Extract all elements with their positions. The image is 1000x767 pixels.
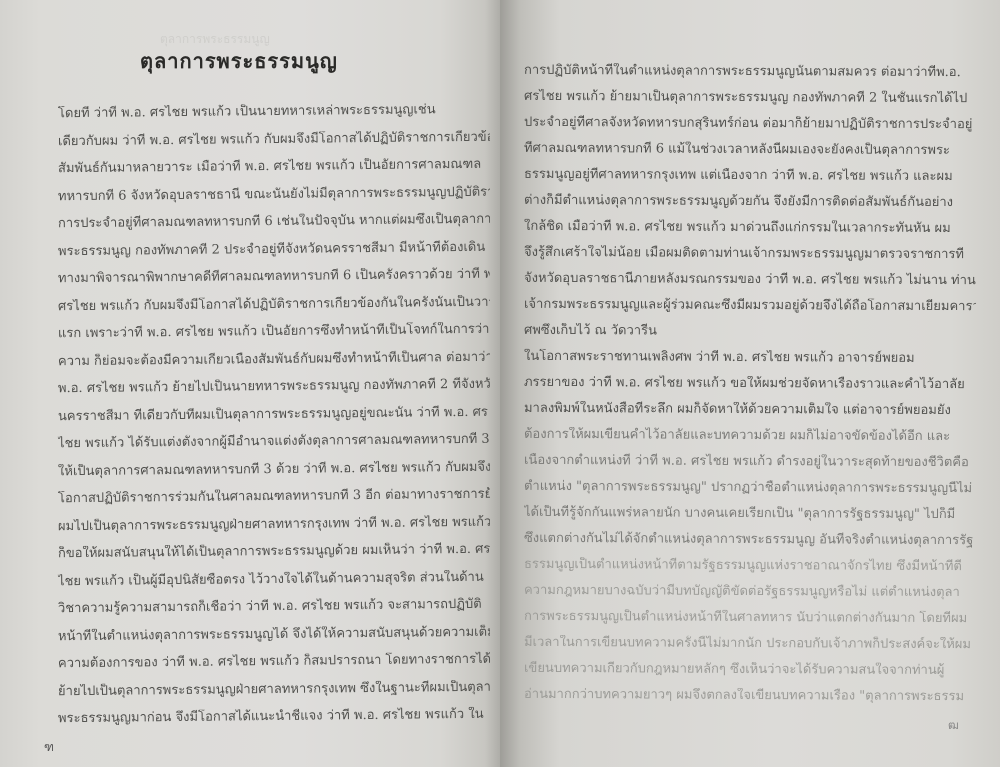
chapter-title: ตุลาการพระธรรมนูญ	[140, 45, 400, 77]
text-line: ผมไปเป็นตุลาการพระธรรมนูญฝ่ายศาลทหารกรุง…	[58, 514, 490, 535]
text-line: เนื่องจากตำแหน่งที่ ว่าที่ พ.อ. ศรไชย พร…	[524, 453, 976, 471]
text-line: ซึ่งแตกต่างกันไม่ได้จักตำแหน่งตุลาการพระ…	[524, 531, 976, 549]
text-line: การพระธรรมนูญเป็นตำแหน่งหน้าที่ในศาลทหาร…	[524, 609, 976, 627]
text-line: ไชย พรแก้ว ได้รับแต่งตั้งจากผู้มีอำนาจแต…	[58, 432, 490, 453]
text-line: ความกฎหมายบางฉบับว่ามีบทบัญญัติขัดต่อรัฐ…	[524, 583, 976, 601]
text-line: ในโอกาสพระราชทานเพลิงศพ ว่าที่ พ.อ. ศรไช…	[524, 349, 976, 367]
text-line: ความต้องการของ ว่าที่ พ.อ. ศรไชย พรแก้ว …	[58, 652, 490, 673]
text-line: เขียนบทความเกี่ยวกับกฎหมายหลักๆ ซึ่งเห็น…	[524, 661, 976, 679]
text-line: การประจำอยู่ที่ศาลมณฑลทหารบกที่ 6 เช่นใน…	[58, 212, 490, 233]
text-line: โดยที่ ว่าที่ พ.อ. ศรไชย พรแก้ว เป็นนายท…	[58, 102, 490, 123]
text-line: ต่างก็มีตำแหน่งตุลาการพระธรรมนูญด้วยกัน …	[524, 193, 976, 211]
text-line: ธรรมนูญอยู่ที่ศาลทหารกรุงเทพ แต่เนื่องจา…	[524, 167, 976, 185]
text-line: ต้องการให้ผมเขียนคำไว้อาลัยและบทความด้วย…	[524, 427, 976, 445]
text-line: ความ ก็ย่อมจะต้องมีความเกี่ยวเนื่องสัมพั…	[58, 349, 490, 370]
text-line: เดียวกับผม ว่าที่ พ.อ. ศรไชย พรแก้ว กับผ…	[58, 129, 490, 150]
text-line: จังหวัดอุบลราชธานีภายหลังมรณกรรมของ ว่าท…	[524, 271, 976, 289]
text-line: ทหารบกที่ 6 จังหวัดอุบลราชธานี ขณะนั้นยั…	[58, 184, 490, 205]
left-page: ตุลาการพระธรรมนูญ ตุลาการพระธรรมนูญ โดยท…	[0, 0, 500, 767]
open-book-spread: ตุลาการพระธรรมนูญ ตุลาการพระธรรมนูญ โดยท…	[0, 0, 1000, 767]
text-line: มีเวลาในการเขียนบทความครั้งนี้ไม่มากนัก …	[524, 635, 976, 653]
right-page: การปฏิบัติหน้าที่ในตำแหน่งตุลาการพระธรรม…	[500, 0, 1000, 767]
text-line: พระธรรมนูญมาก่อน จึงมีโอกาสได้แนะนำชี้แจ…	[58, 707, 490, 728]
text-line: ศรไชย พรแก้ว กับผมจึงมีโอกาสได้ปฏิบัติรา…	[58, 294, 490, 315]
text-line: นครราชสีมา ที่เดียวกับที่ผมเป็นตุลาการพร…	[58, 404, 490, 425]
text-line: ให้เป็นตุลาการศาลมณฑลทหารบกที่ 3 ด้วย ว่…	[58, 459, 490, 480]
text-line: พระธรรมนูญ กองทัพภาคที่ 2 ประจำอยู่ที่จั…	[58, 239, 490, 260]
text-line: พ.อ. ศรไชย พรแก้ว ย้ายไปเป็นนายทหารพระธร…	[58, 377, 490, 398]
text-line: แรก เพราะว่าที่ พ.อ. ศรไชย พรแก้ว เป็นอั…	[58, 322, 490, 343]
text-line: เจ้ากรมพระธรรมนูญและผู้ร่วมคณะซึ่งมีผมรว…	[524, 297, 976, 315]
text-line: ทางมาพิจารณาพิพากษาคดีที่ศาลมณฑลทหารบกที…	[58, 267, 490, 288]
text-line: ที่ศาลมณฑลทหารบกที่ 6 แม้ในช่วงเวลาหลังน…	[524, 141, 976, 159]
text-line: มาลงพิมพ์ในหนังสือที่ระลึก ผมก็จัดหาให้ด…	[524, 401, 976, 419]
text-line: วิชาความรู้ความสามารถก็เชื่อว่า ว่าที่ พ…	[58, 597, 490, 618]
text-line: ธรรมนูญเป็นตำแหน่งหน้าที่ตามรัฐธรรมนูญแห…	[524, 557, 976, 575]
text-line: ภรรยาของ ว่าที่ พ.อ. ศรไชย พรแก้ว ขอให้ผ…	[524, 375, 976, 393]
text-line: ก็ขอให้ผมสนับสนุนให้ได้เป็นตุลาการพระธรร…	[58, 542, 490, 563]
text-line: ย้ายไปเป็นตุลาการพระธรรมนูญฝ่ายศาลทหารกร…	[58, 679, 490, 700]
text-line: ศรไชย พรแก้ว ย้ายมาเป็นตุลาการพระธรรมนูญ…	[524, 89, 976, 107]
text-line: จึงรู้สึกเศร้าใจไม่น้อย เมื่อผมติดตามท่า…	[524, 245, 976, 263]
text-line: ประจำอยู่ที่ศาลจังหวัดทหารบกสุรินทร์ก่อน…	[524, 115, 976, 133]
text-line: โอกาสปฏิบัติราชการร่วมกันในศาลมณฑลทหารบก…	[58, 487, 490, 508]
text-line: หน้าที่ในตำแหน่งตุลาการพระธรรมนูญได้ จึง…	[58, 624, 490, 645]
text-line: ไชย พรแก้ว เป็นผู้มีอุปนิสัยซื่อตรง ไว้ว…	[58, 569, 490, 590]
text-line: สัมพันธ์กันมาหลายวาระ เมื่อว่าที่ พ.อ. ศ…	[58, 157, 490, 178]
text-line: อ่านมากกว่าบทความยาวๆ ผมจึงตกลงใจเขียนบท…	[524, 687, 976, 705]
text-line: ศพซึ่งเก็บไว้ ณ วัดวารีน	[524, 323, 976, 341]
text-line: การปฏิบัติหน้าที่ในตำแหน่งตุลาการพระธรรม…	[524, 63, 976, 81]
text-line: ตำแหน่ง "ตุลาการพระธรรมนูญ" ปรากฏว่าชื่อ…	[524, 479, 976, 497]
text-line: ใกล้ชิด เมื่อว่าที่ พ.อ. ศรไชย พรแก้ว มา…	[524, 219, 976, 237]
left-page-number: ฑ	[44, 738, 54, 757]
right-page-number: ฒ	[948, 716, 959, 735]
text-line: ได้เป็นที่รู้จักกันแพร่หลายนัก บางคนเคยเ…	[524, 505, 976, 523]
